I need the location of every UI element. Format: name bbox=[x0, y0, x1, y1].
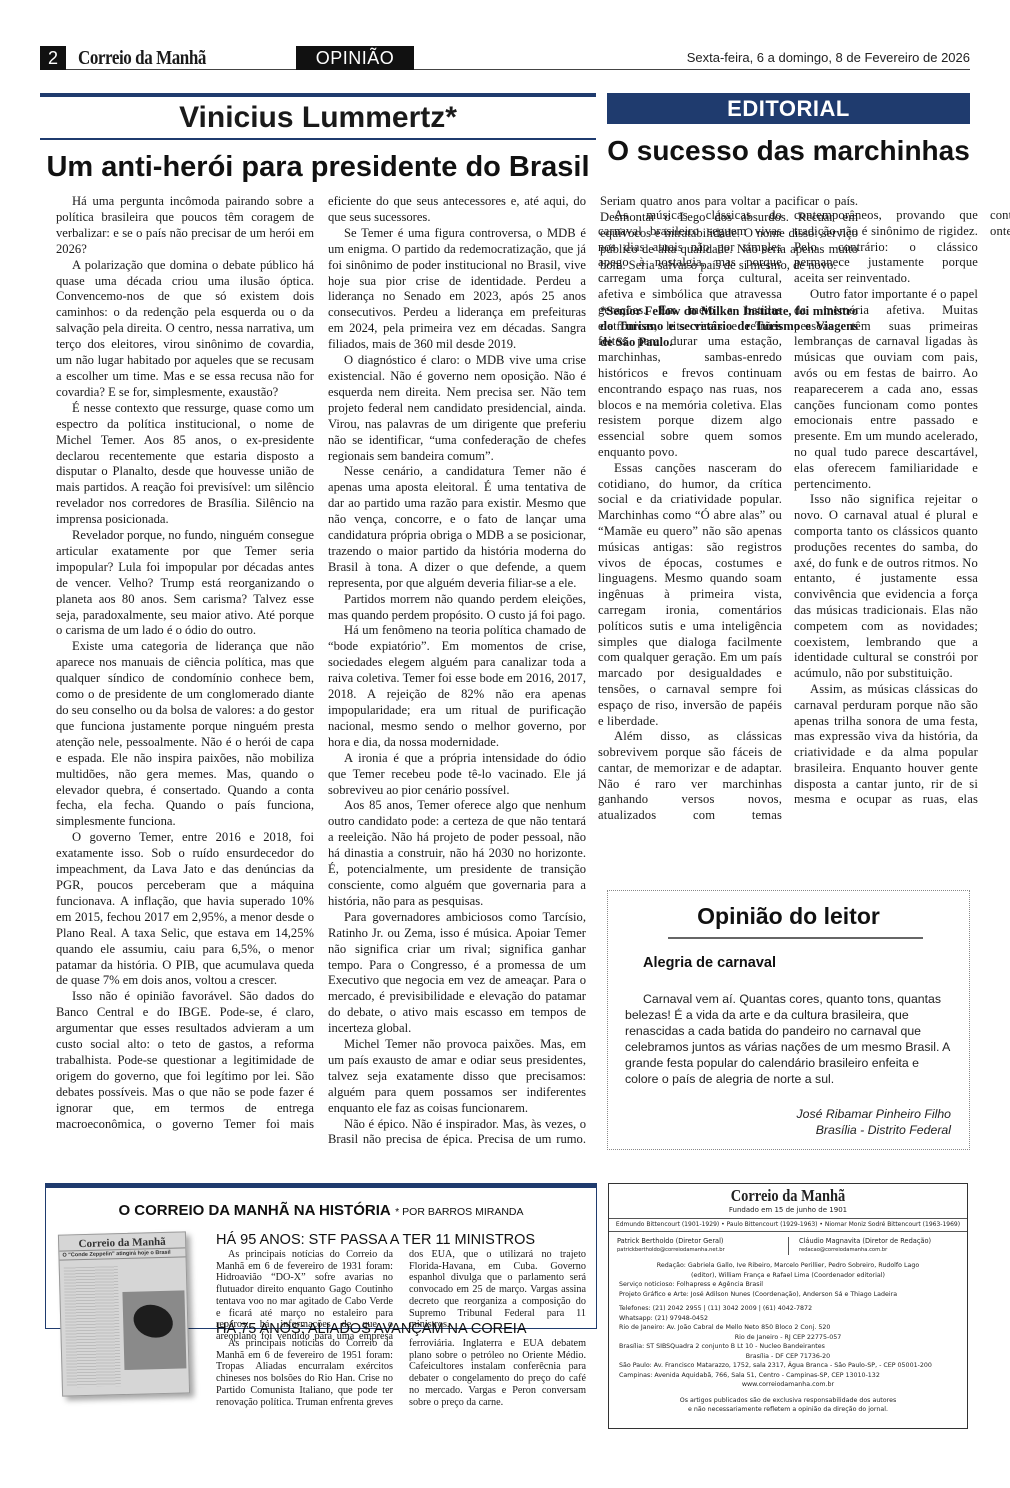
staff-line: Projeto Gráfico e Arte: José Adilson Nun… bbox=[619, 1290, 957, 1300]
director-email-link[interactable]: patrickbertholdo@correiodamanha.net.br bbox=[617, 1246, 788, 1255]
editorial-title: O sucesso das marchinhas bbox=[607, 134, 970, 167]
history-heading: O CORREIO DA MANHÃ NA HISTÓRIA * POR BAR… bbox=[46, 1202, 596, 1220]
section-label: OPINIÃO bbox=[296, 46, 414, 70]
zeppelin-photo bbox=[122, 1290, 186, 1370]
letter-title: Alegria de carnaval bbox=[643, 955, 776, 971]
article-paragraph: Existe uma categoria de liderança que nã… bbox=[56, 639, 314, 830]
article-author: Vinicius Lummertz* bbox=[40, 98, 596, 138]
editorial-body: As músicas clássicas do carnaval brasile… bbox=[598, 208, 978, 838]
article-title: Um anti-herói para presidente do Brasil bbox=[40, 146, 596, 188]
article-paragraph: Para governadores ambiciosos como Tarcís… bbox=[328, 910, 586, 1037]
founded-date: Fundado em 15 de junho de 1901 bbox=[609, 1205, 967, 1215]
contact-phones: Telefones: (21) 2042 2955 | (11) 3042 20… bbox=[619, 1304, 957, 1314]
article-paragraph: Há um fenômeno na teoria política chamad… bbox=[328, 623, 586, 750]
director-editorial: Cláudio Magnavita (Diretor de Redação) r… bbox=[788, 1237, 967, 1255]
article-paragraph: É nesse contexto que ressurge, quase com… bbox=[56, 401, 314, 528]
article-body: Há uma pergunta incômoda pairando sobre … bbox=[56, 194, 586, 1159]
disclaimer-line: Os artigos publicados são de exclusiva r… bbox=[609, 1396, 967, 1406]
contact-address: Brasília: ST SIBSQuadra 2 conjunto B Lt … bbox=[619, 1342, 957, 1352]
author-rule bbox=[40, 138, 596, 140]
article-paragraph: A polarização que domina o debate públic… bbox=[56, 258, 314, 401]
article-paragraph: Partidos morrem não quando perdem eleiçõ… bbox=[328, 592, 586, 624]
founders-line: Edmundo Bittencourt (1901-1929) • Paulo … bbox=[609, 1218, 967, 1232]
masthead-title: Correio da Manhã bbox=[636, 1187, 940, 1205]
letter-text: Carnaval vem aí. Quantas cores, quanto t… bbox=[625, 991, 955, 1087]
article-top-rule bbox=[40, 93, 596, 97]
director-name: Patrick Bertholdo (Diretor Geral) bbox=[617, 1237, 788, 1246]
contact-address: São Paulo: Av. Francisco Matarazzo, 1752… bbox=[619, 1361, 957, 1371]
article-paragraph: Se Temer é uma figura controversa, o MDB… bbox=[328, 226, 586, 353]
page-header: 2 Correio da Manhã OPINIÃO Sexta-feira, … bbox=[40, 46, 970, 70]
director-email-link[interactable]: redacao@correiodamanha.com.br bbox=[799, 1246, 967, 1255]
letter-signature: José Ribamar Pinheiro Filho Brasília - D… bbox=[797, 1106, 951, 1138]
contact-address: Campinas: Avenida Aquidabã, 766, Sala 51… bbox=[619, 1371, 957, 1381]
contact-address: Brasília - DF CEP 71736-20 bbox=[619, 1352, 957, 1362]
page-number: 2 bbox=[40, 46, 66, 70]
contact-address: Rio de Janeiro - RJ CEP 22775-057 bbox=[619, 1333, 957, 1343]
history-title: O CORREIO DA MANHÃ NA HISTÓRIA bbox=[118, 1202, 390, 1219]
website-link[interactable]: www.correiodamanha.com.br bbox=[619, 1380, 957, 1390]
history-item-title: HÁ 95 ANOS: STF PASSA A TER 11 MINISTROS bbox=[216, 1232, 586, 1248]
directors: Patrick Bertholdo (Diretor Geral) patric… bbox=[609, 1237, 967, 1255]
article-paragraph: A ironia é que a própria intensidade do … bbox=[328, 751, 586, 799]
contact-whatsapp: Whatsapp: (21) 97948-0452 bbox=[619, 1314, 957, 1324]
history-item-title: HÁ 75 ANOS: ALIADOS AVANÇAM NA COREIA bbox=[216, 1321, 586, 1337]
reader-opinion-box: Opinião do leitor Alegria de carnaval Ca… bbox=[607, 890, 970, 1150]
newspaper-name: Correio da Manhã bbox=[78, 46, 206, 70]
reader-title-rule bbox=[668, 937, 923, 939]
history-box: O CORREIO DA MANHÃ NA HISTÓRIA * POR BAR… bbox=[45, 1183, 597, 1329]
editorial-banner: EDITORIAL bbox=[607, 93, 970, 124]
archive-front-page-image: Correio da Manhã O "Conde Zeppelin" atin… bbox=[58, 1231, 190, 1396]
issue-date: Sexta-feira, 6 a domingo, 8 de Fevereiro… bbox=[687, 50, 970, 65]
history-item-text: As principais notícias do Correio da Man… bbox=[216, 1338, 586, 1408]
article-paragraph: Nesse cenário, a candidatura Temer não é… bbox=[328, 464, 586, 591]
disclaimer-line: e não necessariamente refletem a opinião… bbox=[609, 1405, 967, 1415]
history-byline: * POR BARROS MIRANDA bbox=[395, 1206, 523, 1218]
editorial-paragraph: As músicas clássicas do carnaval brasile… bbox=[598, 208, 782, 461]
editorial-paragraph: Essas canções nasceram do cotidiano, do … bbox=[598, 461, 782, 730]
archive-text-columns bbox=[64, 1266, 121, 1387]
editorial-paragraph: Outro fator importante é o papel da memó… bbox=[794, 287, 978, 492]
staff-line: Redação: Gabriela Gallo, Ive Ribeiro, Ma… bbox=[619, 1261, 957, 1271]
letter-author: José Ribamar Pinheiro Filho bbox=[797, 1106, 951, 1122]
editorial-paragraph: Isso não significa rejeitar o novo. O ca… bbox=[794, 492, 978, 682]
article-paragraph: Aos 85 anos, Temer oferece algo que nenh… bbox=[328, 798, 586, 909]
director-general: Patrick Bertholdo (Diretor Geral) patric… bbox=[609, 1237, 788, 1255]
article-paragraph: O diagnóstico é claro: o MDB vive uma cr… bbox=[328, 353, 586, 464]
staff-line: (editor), William França e Rafael Lima (… bbox=[619, 1271, 957, 1281]
director-name: Cláudio Magnavita (Diretor de Redação) bbox=[799, 1237, 967, 1246]
staff-credits: Redação: Gabriela Gallo, Ive Ribeiro, Ma… bbox=[609, 1261, 967, 1299]
disclaimer: Os artigos publicados são de exclusiva r… bbox=[609, 1396, 967, 1415]
article-paragraph: Revelador porque, no fundo, ninguém cons… bbox=[56, 528, 314, 639]
reader-opinion-title: Opinião do leitor bbox=[608, 901, 969, 931]
article-paragraph: O governo Temer, entre 2016 e 2018, foi … bbox=[56, 830, 314, 989]
article-paragraph: Há uma pergunta incômoda pairando sobre … bbox=[56, 194, 314, 258]
article-paragraph: Michel Temer não provoca paixões. Mas, e… bbox=[328, 1037, 586, 1117]
masthead-info-box: Correio da Manhã Fundado em 15 de junho … bbox=[608, 1183, 968, 1429]
contact-address: Rio de Janeiro: Av. João Cabral de Mello… bbox=[619, 1323, 957, 1333]
contact-info: Telefones: (21) 2042 2955 | (11) 3042 20… bbox=[609, 1304, 967, 1390]
history-item: HÁ 75 ANOS: ALIADOS AVANÇAM NA COREIA As… bbox=[216, 1321, 586, 1408]
staff-line: Serviço noticioso: Folhapress e Agência … bbox=[619, 1280, 957, 1290]
letter-location: Brasília - Distrito Federal bbox=[797, 1122, 951, 1138]
